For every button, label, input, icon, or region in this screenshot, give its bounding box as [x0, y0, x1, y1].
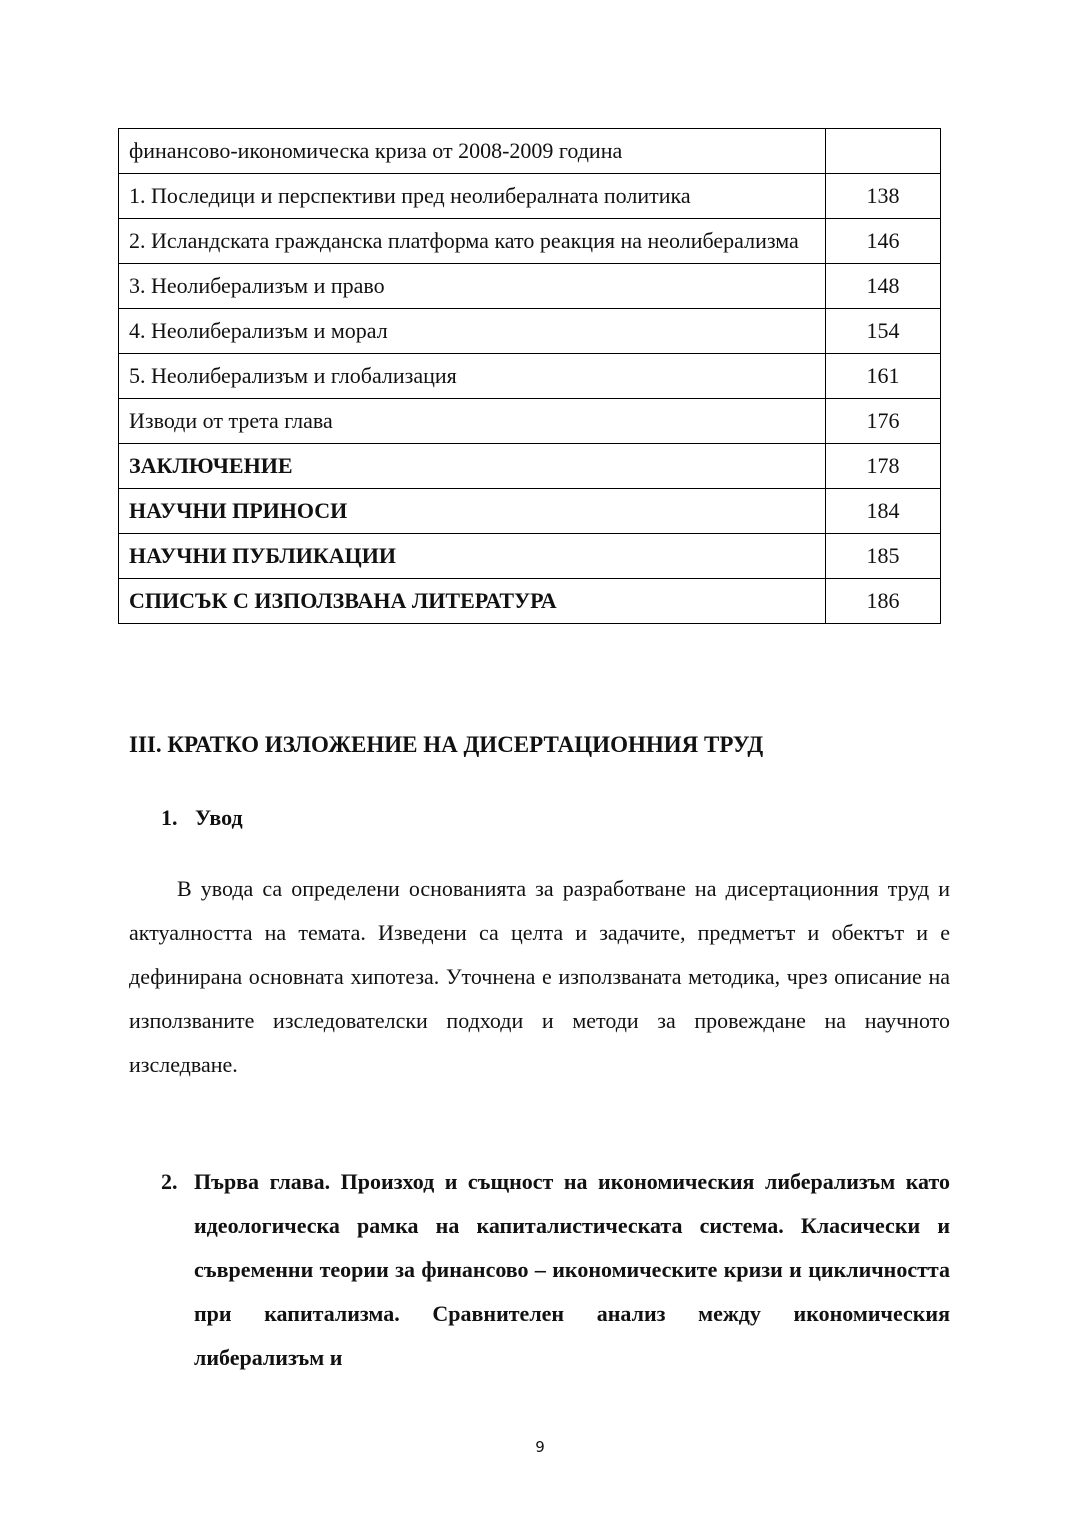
intro-title: Увод — [195, 805, 243, 830]
intro-heading: 1.Увод — [161, 803, 243, 833]
toc-entry-page: 146 — [826, 219, 941, 264]
toc-row: 1. Последици и перспективи пред неолибер… — [119, 174, 941, 219]
chapter1-number: 2. — [161, 1160, 178, 1204]
toc-entry-title: НАУЧНИ ПУБЛИКАЦИИ — [119, 534, 826, 579]
toc-row: 4. Неолиберализъм и морал 154 — [119, 309, 941, 354]
toc-entry-title: 5. Неолиберализъм и глобализация — [119, 354, 826, 399]
toc-entry-title: 3. Неолиберализъм и право — [119, 264, 826, 309]
toc-row: 5. Неолиберализъм и глобализация 161 — [119, 354, 941, 399]
toc-entry-page: 154 — [826, 309, 941, 354]
toc-entry-title: финансово-икономическа криза от 2008-200… — [119, 129, 826, 174]
toc-row: СПИСЪК С ИЗПОЛЗВАНА ЛИТЕРАТУРА 186 — [119, 579, 941, 624]
toc-entry-page: 161 — [826, 354, 941, 399]
table-of-contents: финансово-икономическа криза от 2008-200… — [118, 128, 941, 624]
toc-entry-page: 178 — [826, 444, 941, 489]
page-number: 9 — [0, 1438, 1080, 1456]
toc-row: 2. Исландската гражданска платформа като… — [119, 219, 941, 264]
intro-number: 1. — [161, 803, 195, 833]
toc-row: НАУЧНИ ПРИНОСИ 184 — [119, 489, 941, 534]
section-heading: III. КРАТКО ИЗЛОЖЕНИЕ НА ДИСЕРТАЦИОННИЯ … — [129, 728, 763, 762]
toc-row: ЗАКЛЮЧЕНИЕ 178 — [119, 444, 941, 489]
chapter1-title: Първа глава. Произход и същност на иконо… — [194, 1160, 950, 1380]
toc-row: финансово-икономическа криза от 2008-200… — [119, 129, 941, 174]
chapter1-heading: 2. Първа глава. Произход и същност на ик… — [161, 1160, 950, 1380]
intro-paragraph: В увода са определени основанията за раз… — [129, 867, 950, 1087]
toc-entry-title: 4. Неолиберализъм и морал — [119, 309, 826, 354]
toc-entry-page: 185 — [826, 534, 941, 579]
toc-entry-page: 186 — [826, 579, 941, 624]
toc-entry-title: 1. Последици и перспективи пред неолибер… — [119, 174, 826, 219]
toc-row: 3. Неолиберализъм и право 148 — [119, 264, 941, 309]
toc-entry-page — [826, 129, 941, 174]
toc-entry-page: 184 — [826, 489, 941, 534]
toc-entry-title: 2. Исландската гражданска платформа като… — [119, 219, 826, 264]
toc-entry-title: СПИСЪК С ИЗПОЛЗВАНА ЛИТЕРАТУРА — [119, 579, 826, 624]
toc-entry-page: 138 — [826, 174, 941, 219]
toc-row: НАУЧНИ ПУБЛИКАЦИИ 185 — [119, 534, 941, 579]
toc-entry-title: Изводи от трета глава — [119, 399, 826, 444]
toc-row: Изводи от трета глава 176 — [119, 399, 941, 444]
toc-entry-page: 176 — [826, 399, 941, 444]
toc-entry-page: 148 — [826, 264, 941, 309]
toc-entry-title: НАУЧНИ ПРИНОСИ — [119, 489, 826, 534]
toc-entry-title: ЗАКЛЮЧЕНИЕ — [119, 444, 826, 489]
